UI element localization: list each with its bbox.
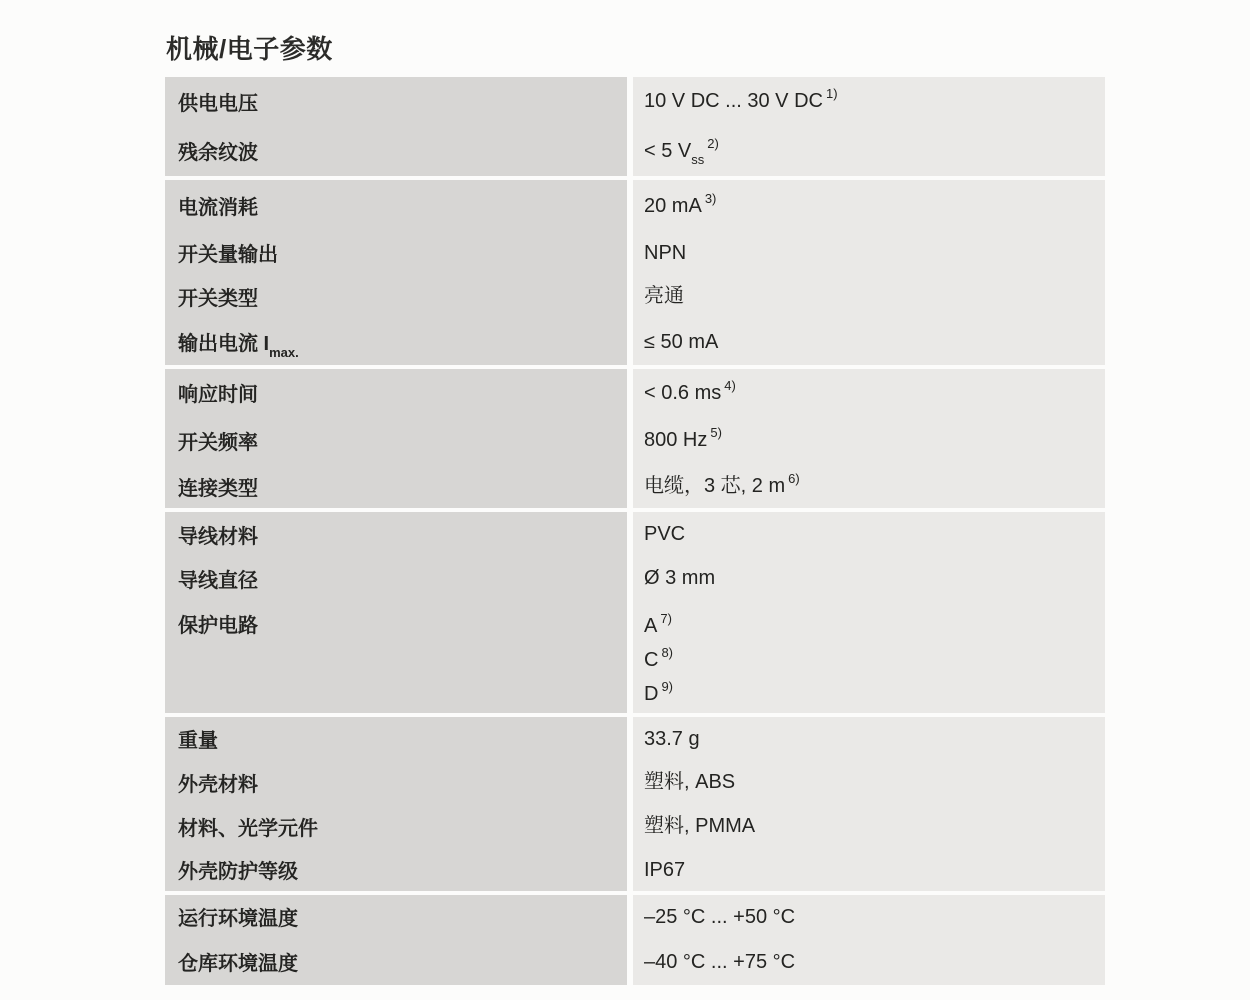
- param-value-line: –25 °C ... +50 °C: [644, 905, 1105, 929]
- param-value-line: NPN: [644, 241, 1105, 265]
- param-value-line: < 0.6 ms4): [644, 381, 1105, 405]
- spec-row: 保护电路A7)C8)D9): [165, 600, 1105, 713]
- param-value: A7)C8)D9): [633, 600, 1105, 713]
- param-value: –25 °C ... +50 °C: [633, 895, 1105, 938]
- param-label: 开关频率: [165, 416, 627, 464]
- spec-table: 供电电压10 V DC ... 30 V DC1)残余纹波< 5 Vss2)电流…: [165, 77, 1105, 985]
- param-value: IP67: [633, 848, 1105, 891]
- param-value: NPN: [633, 231, 1105, 274]
- param-value: 20 mA3): [633, 180, 1105, 231]
- param-value: ≤ 50 mA: [633, 318, 1105, 365]
- spec-row: 外壳防护等级IP67: [165, 848, 1105, 891]
- spec-row: 材料、光学元件塑料, PMMA: [165, 804, 1105, 848]
- param-value: 电缆，3 芯, 2 m6): [633, 464, 1105, 508]
- spec-group: 电流消耗20 mA3)开关量输出NPN开关类型亮通输出电流 Imax.≤ 50 …: [165, 180, 1105, 365]
- spec-group: 重量33.7 g外壳材料塑料, ABS材料、光学元件塑料, PMMA外壳防护等级…: [165, 717, 1105, 891]
- param-value: < 5 Vss2): [633, 125, 1105, 176]
- spec-row: 连接类型电缆，3 芯, 2 m6): [165, 464, 1105, 508]
- param-value: PVC: [633, 512, 1105, 556]
- param-value-line: 塑料, PMMA: [644, 814, 1105, 838]
- param-label: 材料、光学元件: [165, 804, 627, 848]
- spec-group: 运行环境温度–25 °C ... +50 °C仓库环境温度–40 °C ... …: [165, 895, 1105, 985]
- param-label: 输出电流 Imax.: [165, 318, 627, 365]
- param-label: 电流消耗: [165, 180, 627, 231]
- param-value-line: 10 V DC ... 30 V DC1): [644, 89, 1105, 113]
- param-label: 重量: [165, 717, 627, 760]
- spec-row: 重量33.7 g: [165, 717, 1105, 760]
- param-label: 供电电压: [165, 77, 627, 125]
- param-label: 外壳防护等级: [165, 848, 627, 891]
- param-value: 800 Hz5): [633, 416, 1105, 464]
- param-value: –40 °C ... +75 °C: [633, 938, 1105, 985]
- param-value-line: PVC: [644, 522, 1105, 546]
- spec-row: 运行环境温度–25 °C ... +50 °C: [165, 895, 1105, 938]
- param-value-line: 塑料, ABS: [644, 770, 1105, 794]
- spec-row: 外壳材料塑料, ABS: [165, 760, 1105, 804]
- spec-row: 响应时间< 0.6 ms4): [165, 369, 1105, 416]
- param-value-line: D9): [644, 677, 1105, 711]
- param-value: 33.7 g: [633, 717, 1105, 760]
- param-value-line: 800 Hz5): [644, 428, 1105, 452]
- param-label: 导线直径: [165, 556, 627, 600]
- param-value-line: Ø 3 mm: [644, 566, 1105, 590]
- spec-row: 输出电流 Imax.≤ 50 mA: [165, 318, 1105, 365]
- param-value: Ø 3 mm: [633, 556, 1105, 600]
- spec-row: 残余纹波< 5 Vss2): [165, 125, 1105, 176]
- spec-group: 响应时间< 0.6 ms4)开关频率800 Hz5)连接类型电缆，3 芯, 2 …: [165, 369, 1105, 508]
- param-label: 导线材料: [165, 512, 627, 556]
- param-value: 10 V DC ... 30 V DC1): [633, 77, 1105, 125]
- spec-row: 开关类型亮通: [165, 274, 1105, 318]
- section-title: 机械/电子参数: [166, 29, 333, 66]
- spec-row: 开关量输出NPN: [165, 231, 1105, 274]
- param-value-line: 亮通: [644, 284, 1105, 308]
- param-value: 塑料, ABS: [633, 760, 1105, 804]
- param-value-line: 电缆，3 芯, 2 m6): [644, 474, 1105, 498]
- param-value-line: 33.7 g: [644, 727, 1105, 751]
- param-value: 亮通: [633, 274, 1105, 318]
- param-label: 外壳材料: [165, 760, 627, 804]
- spec-row: 电流消耗20 mA3): [165, 180, 1105, 231]
- spec-group: 供电电压10 V DC ... 30 V DC1)残余纹波< 5 Vss2): [165, 77, 1105, 176]
- param-value-line: 20 mA3): [644, 194, 1105, 218]
- param-label: 运行环境温度: [165, 895, 627, 938]
- spec-row: 仓库环境温度–40 °C ... +75 °C: [165, 938, 1105, 985]
- param-value-line: C8): [644, 643, 1105, 677]
- param-value-line: < 5 Vss2): [644, 139, 1105, 163]
- param-label: 响应时间: [165, 369, 627, 416]
- spec-row: 开关频率800 Hz5): [165, 416, 1105, 464]
- param-label: 开关类型: [165, 274, 627, 318]
- spec-row: 导线材料PVC: [165, 512, 1105, 556]
- spec-row: 导线直径Ø 3 mm: [165, 556, 1105, 600]
- param-label: 残余纹波: [165, 125, 627, 176]
- param-value: < 0.6 ms4): [633, 369, 1105, 416]
- spec-row: 供电电压10 V DC ... 30 V DC1): [165, 77, 1105, 125]
- param-value-line: –40 °C ... +75 °C: [644, 950, 1105, 974]
- param-value-line: ≤ 50 mA: [644, 330, 1105, 354]
- param-label: 仓库环境温度: [165, 938, 627, 985]
- spec-group: 导线材料PVC导线直径Ø 3 mm保护电路A7)C8)D9): [165, 512, 1105, 713]
- param-value-line: A7): [644, 609, 1105, 643]
- param-value-line: IP67: [644, 858, 1105, 882]
- param-value: 塑料, PMMA: [633, 804, 1105, 848]
- param-label: 连接类型: [165, 464, 627, 508]
- param-label: 开关量输出: [165, 231, 627, 274]
- param-label: 保护电路: [165, 600, 627, 713]
